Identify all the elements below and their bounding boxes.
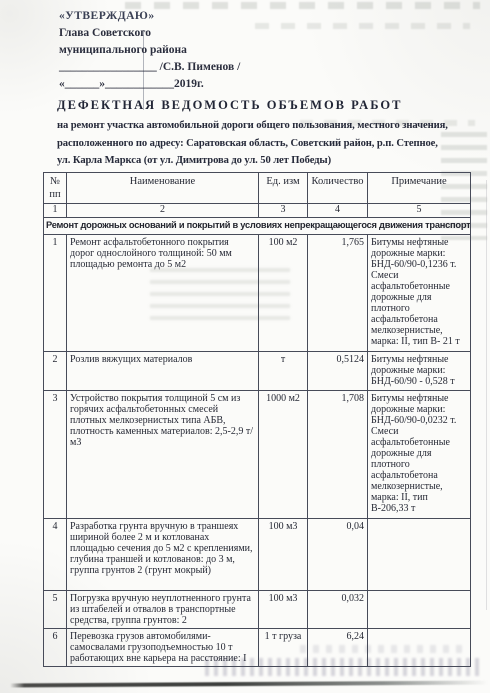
column-number: 3 [259, 204, 308, 218]
approval-signature-line: _________________ /С.В. Пименов / [59, 59, 299, 76]
row-name: Ремонт асфальтобетонного покрытия дорог … [67, 235, 259, 352]
scan-edge-shadow [10, 681, 488, 688]
section-title: Ремонт дорожных оснований и покрытий в у… [44, 218, 471, 235]
row-qty: 0,04 [308, 519, 368, 591]
row-note: Битумы нефтяные дорожные марки: БНД-60/9… [368, 352, 471, 391]
approval-title-line2: муниципального района [59, 42, 299, 59]
row-unit: т [259, 352, 308, 391]
table-row: 6 Перевозка грузов автомобилями-самосвал… [44, 629, 471, 667]
document-subtitle-line3: ул. Карла Маркса (от ул. Димитрова до ул… [57, 152, 477, 170]
approval-stamp: «УТВЕРЖДАЮ» [59, 8, 299, 25]
header-qty: Количество [308, 173, 368, 204]
document-subtitle-line2: расположенного по адресу: Саратовская об… [57, 135, 477, 153]
row-unit: 1000 м2 [259, 391, 308, 519]
table-row: 5 Погрузка вручную неуплотненного грунта… [44, 591, 471, 629]
row-name: Розлив вяжущих материалов [67, 352, 259, 391]
header-name: Наименование [67, 173, 259, 204]
approval-title-line1: Глава Советского [59, 25, 299, 42]
works-table: № пп Наименование Ед. изм Количество При… [43, 172, 471, 667]
row-num: 4 [44, 519, 67, 591]
table-row: 3 Устройство покрытия толщиной 5 см из г… [44, 391, 471, 519]
column-number-row: 1 2 3 4 5 [44, 204, 471, 218]
row-num: 1 [44, 235, 67, 352]
section-header-row: Ремонт дорожных оснований и покрытий в у… [44, 218, 471, 235]
approval-date-line: «______»____________2019г. [59, 76, 299, 93]
document-title: ДЕФЕКТНАЯ ВЕДОМОСТЬ ОБЪЕМОВ РАБОТ [57, 98, 477, 113]
row-qty: 0,032 [308, 591, 368, 629]
header-num: № пп [44, 173, 67, 204]
row-note: Битумы нефтяные дорожные марки: БНД-60/9… [368, 235, 471, 352]
table-row: 1 Ремонт асфальтобетонного покрытия доро… [44, 235, 471, 352]
row-num: 5 [44, 591, 67, 629]
row-note [368, 519, 471, 591]
row-note [368, 591, 471, 629]
scan-streak [486, 180, 487, 610]
row-unit: 100 м3 [259, 591, 308, 629]
row-name: Разработка грунта вручную в траншеях шир… [67, 519, 259, 591]
row-num: 6 [44, 629, 67, 667]
row-num: 3 [44, 391, 67, 519]
column-number: 2 [67, 204, 259, 218]
row-qty: 1,708 [308, 391, 368, 519]
column-number: 1 [44, 204, 67, 218]
approval-block: «УТВЕРЖДАЮ» Глава Советского муниципальн… [59, 8, 299, 93]
row-name: Погрузка вручную неуплотненного грунта и… [67, 591, 259, 629]
table-header-row: № пп Наименование Ед. изм Количество При… [44, 173, 471, 204]
column-number: 5 [368, 204, 471, 218]
document-subtitle-line1: на ремонт участка автомобильной дороги о… [57, 117, 477, 135]
row-name: Устройство покрытия толщиной 5 см из гор… [67, 391, 259, 519]
title-block: ДЕФЕКТНАЯ ВЕДОМОСТЬ ОБЪЕМОВ РАБОТ на рем… [57, 98, 477, 170]
column-number: 4 [308, 204, 368, 218]
row-qty: 6,24 [308, 629, 368, 667]
row-note: Битумы нефтяные дорожные марки: БНД-60/9… [368, 391, 471, 519]
row-qty: 0,5124 [308, 352, 368, 391]
row-qty: 1,765 [308, 235, 368, 352]
row-unit: 100 м2 [259, 235, 308, 352]
row-num: 2 [44, 352, 67, 391]
header-note: Примечание [368, 173, 471, 204]
table-row: 4 Разработка грунта вручную в траншеях ш… [44, 519, 471, 591]
table-row: 2 Розлив вяжущих материалов т 0,5124 Бит… [44, 352, 471, 391]
scanned-document-page: «УТВЕРЖДАЮ» Глава Советского муниципальн… [0, 0, 490, 693]
row-unit: 100 м3 [259, 519, 308, 591]
row-unit: 1 т груза [259, 629, 308, 667]
row-name: Перевозка грузов автомобилями-самосвалам… [67, 629, 259, 667]
header-unit: Ед. изм [259, 173, 308, 204]
row-note [368, 629, 471, 667]
